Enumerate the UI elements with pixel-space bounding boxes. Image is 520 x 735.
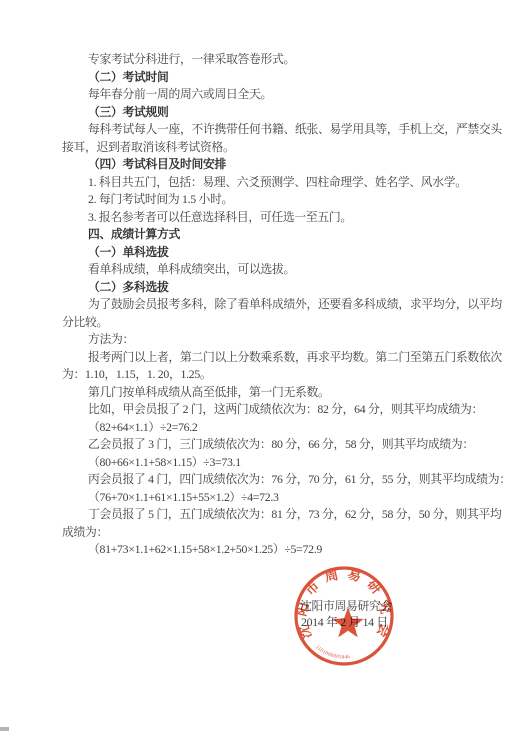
text-line: 成绩为： bbox=[62, 524, 474, 542]
text-line: 第几门按单科成绩从高至低排，第一门无系数。 bbox=[62, 384, 474, 402]
text-line: （82+64×1.1）÷2=76.2 bbox=[62, 419, 474, 437]
text-line: 报考两门以上者，第二门以上分数乘系数，再求平均数。第二门至第五门系数依次 bbox=[62, 349, 474, 367]
text-line: 每科考试每人一座，不许携带任何书籍、纸张、易学用具等，手机上交，严禁交头 bbox=[62, 121, 474, 139]
text-line: 四、成绩计算方式 bbox=[62, 226, 474, 244]
text-line: （一）单科选拔 bbox=[62, 244, 474, 262]
scan-artifact bbox=[0, 727, 9, 731]
text-line: 2. 每门考试时间为 1.5 小时。 bbox=[62, 191, 474, 209]
text-line: 为了鼓励会员报考多科，除了看单科成绩外，还要看多科成绩，求平均分，以平均 bbox=[62, 296, 474, 314]
text-line: 1. 科目共五门，包括：易理、六爻预测学、四柱命理学、姓名学、风水学。 bbox=[62, 174, 474, 192]
official-seal: 沈阳市周易研究会 2101000005846 bbox=[292, 564, 396, 668]
text-line: 分比较。 bbox=[62, 314, 474, 332]
text-line: （四）考试科目及时间安排 bbox=[62, 156, 474, 174]
text-line: （二）考试时间 bbox=[62, 69, 474, 87]
text-line: 每年春分前一周的周六或周日全天。 bbox=[62, 86, 474, 104]
text-line: 丁会员报了 5 门，五门成绩依次为：81 分，73 分，62 分，58 分，50… bbox=[62, 506, 474, 524]
text-line: （81+73×1.1+62×1.15+58×1.2+50×1.25）÷5=72.… bbox=[62, 541, 474, 559]
text-line: 方法为： bbox=[62, 331, 474, 349]
text-line: 接耳，迟到者取消该科考试资格。 bbox=[62, 139, 474, 157]
text-line: 乙会员报了 3 门，三门成绩依次为：80 分，66 分，58 分，则其平均成绩为… bbox=[62, 436, 474, 454]
document-body: 专家考试分科进行，一律采取答卷形式。（二）考试时间每年春分前一周的周六或周日全天… bbox=[62, 51, 474, 559]
text-line: （二）多科选拔 bbox=[62, 279, 474, 297]
text-line: 丙会员报了 4 门，四门成绩依次为：76 分，70 分，61 分，55 分，则其… bbox=[62, 471, 474, 489]
text-line: （80+66×1.1+58×1.15）÷3=73.1 bbox=[62, 454, 474, 472]
text-line: （76+70×1.1+61×1.15+55×1.2）÷4=72.3 bbox=[62, 489, 474, 507]
text-line: 看单科成绩，单科成绩突出，可以选拔。 bbox=[62, 261, 474, 279]
document-page: 专家考试分科进行，一律采取答卷形式。（二）考试时间每年春分前一周的周六或周日全天… bbox=[0, 0, 520, 735]
seal-star-icon bbox=[332, 608, 363, 638]
seal-ring-text: 沈阳市周易研究会 bbox=[293, 565, 396, 646]
text-line: 3. 报名参考者可以任意选择科目，可任选一至五门。 bbox=[62, 209, 474, 227]
text-line: 专家考试分科进行，一律采取答卷形式。 bbox=[62, 51, 474, 69]
text-line: 为：1.10，1.15，1. 20，1.25。 bbox=[62, 366, 474, 384]
text-line: （三）考试规则 bbox=[62, 104, 474, 122]
text-line: 比如，甲会员报了 2 门，这两门成绩依次为：82 分，64 分，则其平均成绩为： bbox=[62, 401, 474, 419]
